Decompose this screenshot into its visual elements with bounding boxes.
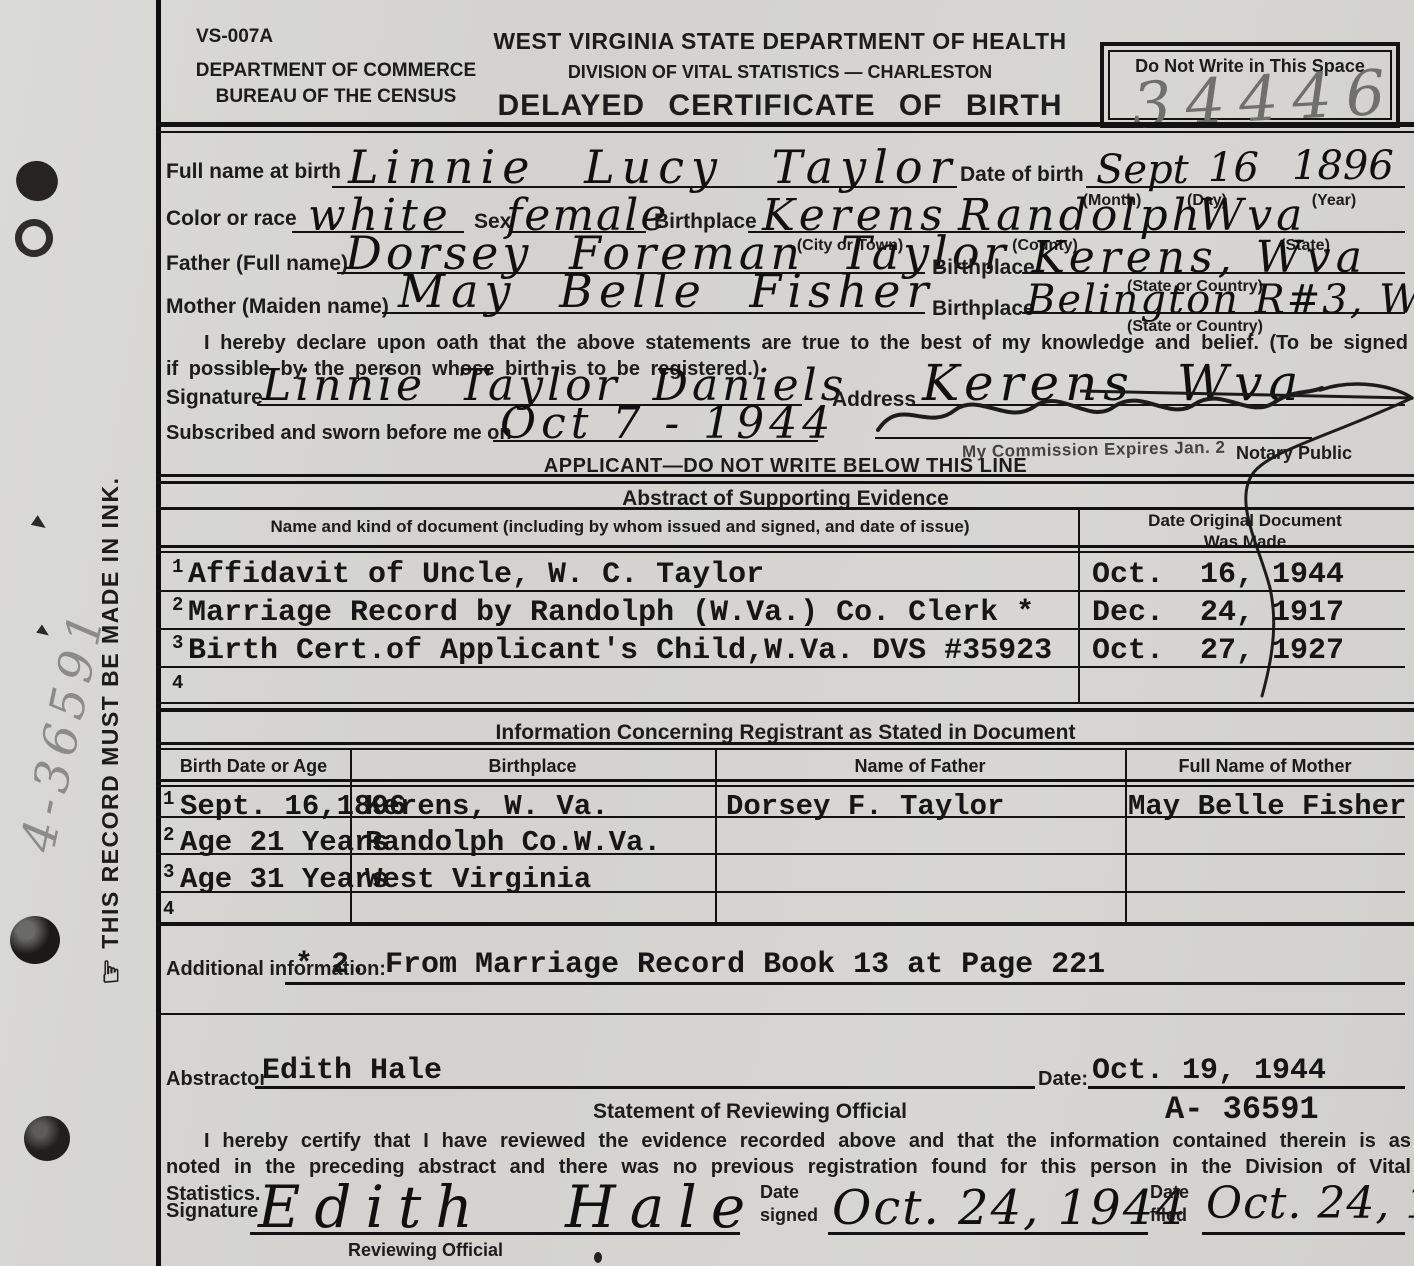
registrant-row-num: 4 (163, 898, 174, 920)
registrant-row-num: 3 (163, 861, 174, 883)
ink-mark (36, 624, 52, 639)
additional-info-value: * 2. From Marriage Record Book 13 at Pag… (295, 950, 1105, 980)
abstract-bottom-rule (156, 702, 1414, 704)
ink-dot (594, 1252, 602, 1263)
abstract-row-date: Oct. 27, 1927 (1092, 636, 1344, 666)
father-birthplace-value: Kerens, Wva (1032, 236, 1367, 280)
sworn-label: Subscribed and sworn before me on (166, 422, 512, 445)
review-signature-value: Edith Hale (258, 1178, 759, 1236)
abstract-row-underline (156, 666, 1405, 668)
do-not-write-box: Do Not Write in This Space 34446 (1100, 42, 1400, 128)
date-signed-label-2: signed (760, 1205, 818, 1226)
review-signature-label: Signature (166, 1200, 258, 1223)
abstractor-underline (255, 1086, 1035, 1089)
mother-birthplace-value: Belington R#3, Wva (1026, 280, 1414, 320)
additional-info-blank-line (157, 1013, 1405, 1015)
hole-punch (24, 1116, 70, 1161)
full-name-value: Linnie Lucy Taylor (348, 144, 959, 190)
dob-label: Date of birth (960, 163, 1084, 187)
abstract-row-document: Marriage Record by Randolph (W.Va.) Co. … (188, 598, 1034, 628)
abstract-row-document: Birth Cert.of Applicant's Child,W.Va. DV… (188, 636, 1052, 666)
abstract-header-rule (156, 545, 1414, 548)
abstract-header-rule-2 (156, 551, 1414, 553)
registrant-row-birth: Age 31 Years (180, 865, 389, 894)
registrant-header-rule (156, 779, 1414, 782)
abstract-date-underline (1088, 1086, 1405, 1089)
additional-info-underline (285, 982, 1405, 985)
dob-year-value: 1896 (1292, 146, 1394, 186)
registrant-title-rule (156, 742, 1414, 745)
section-rule (156, 507, 1414, 510)
abstract-date-header-line1: Date Original Document (1085, 511, 1405, 531)
registrant-row-num: 1 (163, 788, 174, 810)
registrant-row-num: 2 (163, 824, 174, 846)
abstract-row-num: 4 (172, 672, 183, 694)
file-reference: A- 36591 (1165, 1094, 1319, 1126)
review-section-title: Statement of Reviewing Official (400, 1100, 1100, 1124)
ink-notice-text: THIS RECORD MUST BE MADE IN INK. (97, 476, 123, 948)
registrant-bottom-rule (156, 922, 1414, 926)
date-signed-value: Oct. 24, 1944 (832, 1184, 1188, 1232)
ink-mark (31, 515, 49, 533)
registrant-row-underline (156, 853, 1405, 855)
pointing-hand-icon: ☞ (95, 957, 128, 985)
registrant-row-underline (156, 816, 1405, 818)
dob-day-value: 16 (1208, 148, 1259, 188)
header-rule (156, 122, 1414, 127)
abstract-date-header-line2: Was Made (1085, 532, 1405, 552)
abstract-row-num: 1 (172, 556, 183, 578)
abstract-row-underline (156, 590, 1405, 592)
agency-line2: BUREAU OF THE CENSUS (186, 86, 486, 108)
sworn-date-value: Oct 7 - 1944 (500, 402, 835, 446)
reviewing-official-label: Reviewing Official (348, 1240, 503, 1261)
registrant-header-father: Name of Father (715, 756, 1125, 777)
registrant-header-mother: Full Name of Mother (1125, 756, 1405, 777)
hole-punch-ring (11, 215, 56, 260)
abstract-date-value: Oct. 19, 1944 (1092, 1056, 1326, 1086)
full-name-label: Full name at birth (166, 160, 341, 184)
dob-month-value: Sept (1096, 150, 1189, 190)
abstract-bottom-rule-thick (156, 708, 1414, 712)
registrant-row-birthplace: West Virginia (365, 865, 591, 894)
page-title: DELAYED CERTIFICATE OF BIRTH (460, 89, 1100, 123)
mother-birthplace-label: Birthplace (932, 297, 1035, 321)
hole-punch (10, 916, 60, 964)
abstract-row-num: 3 (172, 632, 183, 654)
date-filed-underline (1202, 1232, 1405, 1235)
agency-block: DEPARTMENT OF COMMERCE BUREAU OF THE CEN… (186, 60, 486, 108)
signature-label: Signature (166, 386, 263, 410)
registrant-header-rule-2 (156, 785, 1414, 787)
registrant-header-birthplace: Birthplace (350, 756, 715, 777)
section-rule (156, 474, 1414, 477)
abstract-row-underline (156, 628, 1405, 630)
registrant-row-underline (156, 891, 1405, 893)
abstract-row-date: Oct. 16, 1944 (1092, 560, 1344, 590)
father-label: Father (Full name) (166, 252, 348, 276)
date-filed-label-1: Date (1150, 1182, 1189, 1203)
father-birthplace-label: Birthplace (932, 256, 1035, 280)
race-label: Color or race (166, 207, 297, 231)
delayed-birth-certificate-scan: ☞ THIS RECORD MUST BE MADE IN INK. 4-365… (0, 0, 1414, 1266)
hole-punch (11, 155, 63, 206)
header-rule-2 (156, 131, 1414, 133)
date-filed-label-2: filed (1150, 1205, 1187, 1226)
agency-line1: DEPARTMENT OF COMMERCE (186, 60, 486, 82)
abstractor-value: Edith Hale (262, 1056, 442, 1086)
section-rule (156, 481, 1414, 484)
division-title: DIVISION OF VITAL STATISTICS — CHARLESTO… (460, 62, 1100, 83)
abstract-row-num: 2 (172, 594, 183, 616)
abstractor-label: Abstractor (166, 1068, 267, 1091)
date-signed-label-1: Date (760, 1182, 799, 1203)
mother-label: Mother (Maiden name) (166, 295, 389, 319)
department-title: WEST VIRGINIA STATE DEPARTMENT OF HEALTH (460, 28, 1100, 55)
margin-rule (156, 0, 161, 1266)
abstract-doc-header: Name and kind of document (including by … (170, 517, 1070, 537)
mother-value: May Belle Fisher (398, 268, 935, 314)
header-center: WEST VIRGINIA STATE DEPARTMENT OF HEALTH… (460, 28, 1100, 123)
abstract-row-document: Affidavit of Uncle, W. C. Taylor (188, 560, 764, 590)
form-number: VS-007A (196, 26, 273, 48)
abstract-column-divider (1078, 507, 1080, 703)
abstract-row-date: Dec. 24, 1917 (1092, 598, 1344, 628)
registrant-title-rule-2 (156, 748, 1414, 750)
abstract-date-label: Date: (1038, 1068, 1088, 1091)
date-filed-value: Oct. 24, 1944 (1206, 1182, 1414, 1226)
registrant-header-birth: Birth Date or Age (157, 756, 350, 777)
